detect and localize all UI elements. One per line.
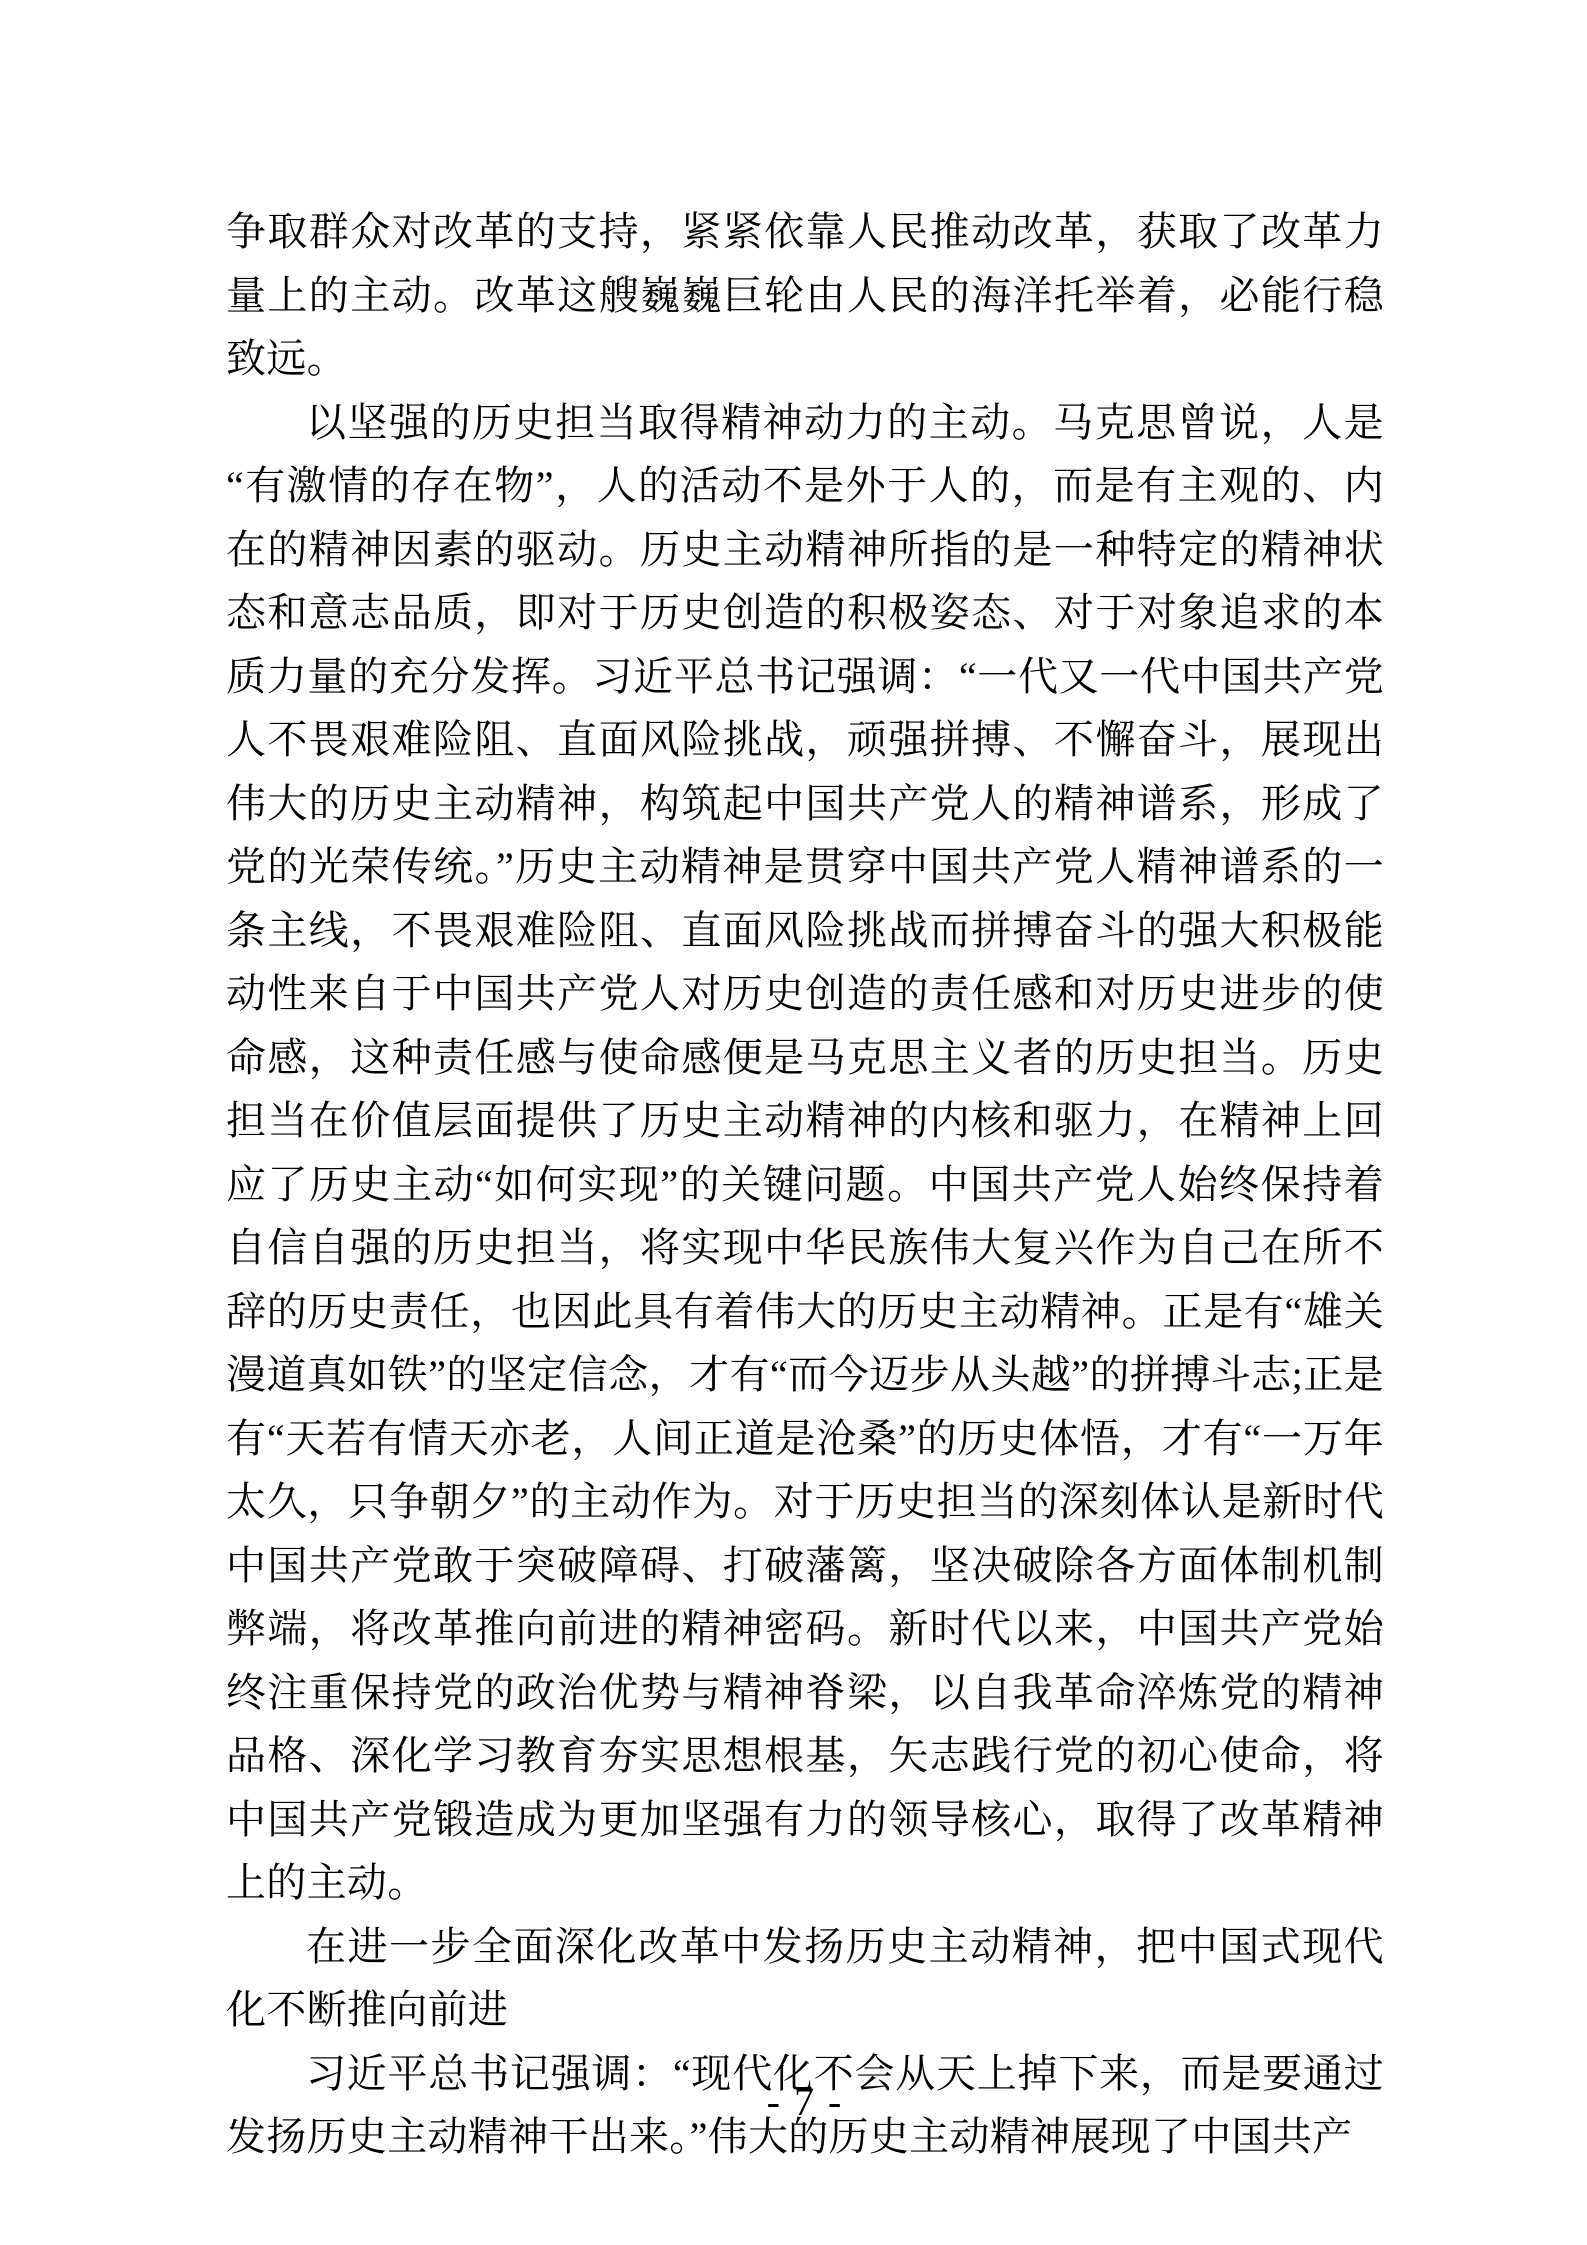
- document-body-text: 争取群众对改革的支持，紧紧依靠人民推动改革，获取了改革力量上的主动。改革这艘巍巍…: [226, 200, 1384, 2169]
- document-page: 争取群众对改革的支持，紧紧依靠人民推动改革，获取了改革力量上的主动。改革这艘巍巍…: [0, 0, 1587, 2245]
- paragraph-history-responsibility: 以坚强的历史担当取得精神动力的主动。马克思曾说，人是“有激情的存在物”，人的活动…: [226, 391, 1384, 1915]
- paragraph-continuation: 争取群众对改革的支持，紧紧依靠人民推动改革，获取了改革力量上的主动。改革这艘巍巍…: [226, 200, 1384, 391]
- paragraph-section-heading: 在进一步全面深化改革中发扬历史主动精神，把中国式现代化不断推向前进: [226, 1915, 1384, 2042]
- page-number: - 7 -: [226, 2078, 1384, 2126]
